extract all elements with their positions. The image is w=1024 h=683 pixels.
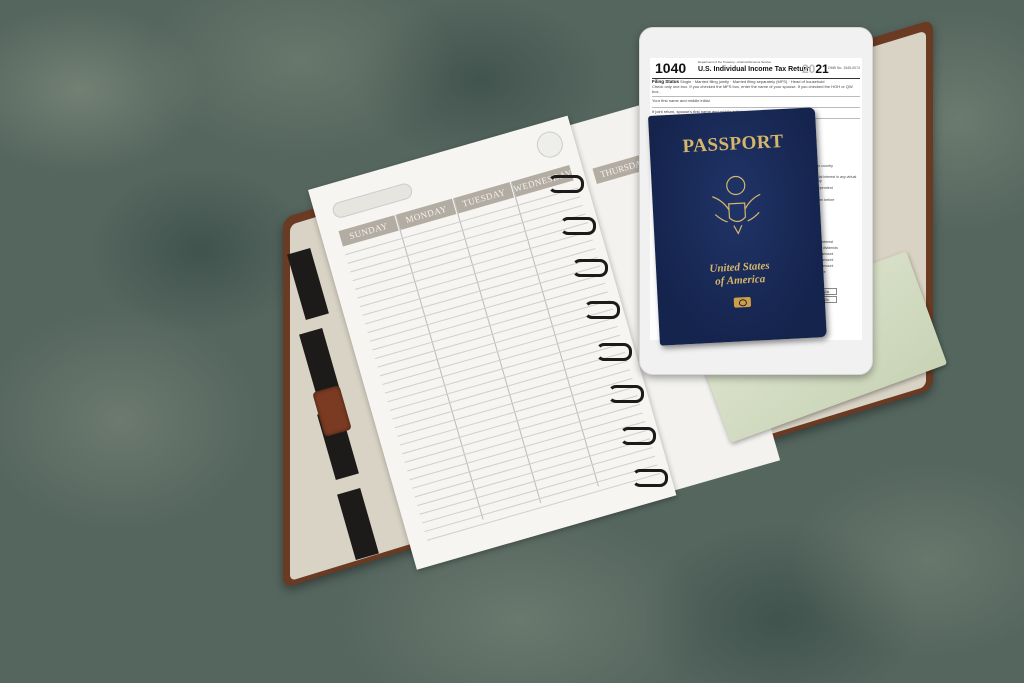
binder-ring (584, 301, 620, 319)
field-label: Your first name and middle initial (652, 98, 710, 103)
binder-ring (572, 259, 608, 277)
binder-ring (596, 343, 632, 361)
binder-ring (608, 385, 644, 403)
passport-country: United States of America (656, 257, 824, 292)
binder-ring (632, 469, 668, 487)
form-department: Department of the Treasury—Internal Reve… (698, 60, 771, 64)
date-circle (534, 128, 566, 160)
binder-ring (560, 217, 596, 235)
binder-ring (620, 427, 656, 445)
filing-status-row: Filing Status Single · Married filing jo… (652, 79, 860, 97)
eagle-seal-icon (707, 172, 766, 237)
year-prefix: 20 (802, 62, 815, 76)
binder-ring (548, 175, 584, 193)
form-number: 1040 (655, 60, 686, 76)
passport: PASSPORT United States of America (648, 107, 827, 345)
form-omb: OMB No. 1545-0074 (828, 66, 860, 70)
form-header: 1040 Department of the Treasury—Internal… (652, 60, 860, 79)
biometric-chip-icon (734, 297, 752, 308)
passport-title: PASSPORT (649, 129, 817, 160)
form-year: 2021 (802, 62, 829, 76)
form-field-row[interactable]: Your first name and middle initial (652, 98, 860, 108)
form-title: U.S. Individual Income Tax Return (698, 66, 811, 73)
year-suffix: 21 (815, 62, 828, 76)
